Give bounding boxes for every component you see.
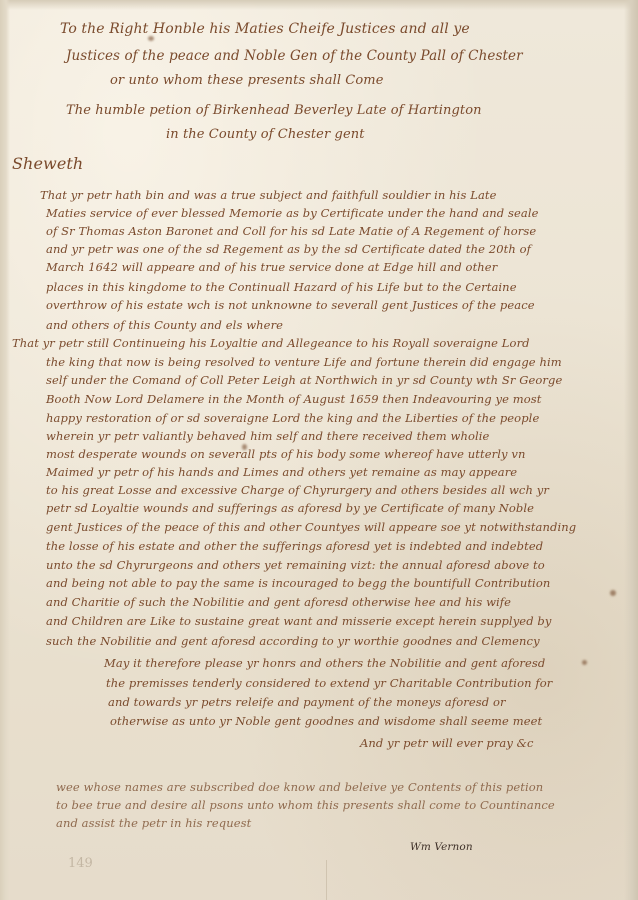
body-line: and yr petr was one of the sd Regement a… xyxy=(46,244,531,256)
manuscript-page: To the Right Honble his Maties Cheife Ju… xyxy=(0,0,638,900)
sheweth-heading: Sheweth xyxy=(12,156,83,172)
paper-binding-edge xyxy=(0,0,10,900)
body-line: Booth Now Lord Delamere in the Month of … xyxy=(46,394,542,406)
attestation-line: to bee true and desire all psons unto wh… xyxy=(56,800,555,812)
prayer-line: the premisses tenderly considered to ext… xyxy=(106,678,552,690)
attestation-line: and assist the petr in his request xyxy=(56,818,251,830)
body-line: and others of this County and els where xyxy=(46,320,283,332)
body-line: overthrow of his estate wch is not unkno… xyxy=(46,300,535,312)
body-line: happy restoration of or sd soveraigne Lo… xyxy=(46,413,539,425)
folio-number: 149 xyxy=(68,856,93,871)
ink-blot xyxy=(242,444,247,450)
petition-title-line: in the County of Chester gent xyxy=(166,128,365,141)
body-line: and Charitie of such the Nobilitie and g… xyxy=(46,597,511,609)
petition-title-line: The humble petion of Birkenhead Beverley… xyxy=(66,104,482,117)
closing-line: And yr petr will ever pray &c xyxy=(360,738,534,750)
paper-top-edge xyxy=(0,0,638,10)
address-line: To the Right Honble his Maties Cheife Ju… xyxy=(60,22,470,36)
prayer-line: May it therefore please yr honrs and oth… xyxy=(104,658,545,670)
prayer-line: and towards yr petrs releife and payment… xyxy=(108,697,506,709)
body-line: and Children are Like to sustaine great … xyxy=(46,616,551,628)
body-line: Maimed yr petr of his hands and Limes an… xyxy=(46,467,517,479)
body-line: the king that now is being resolved to v… xyxy=(46,357,562,369)
prayer-line: otherwise as unto yr Noble gent goodnes … xyxy=(110,716,542,728)
body-line: gent Justices of the peace of this and o… xyxy=(46,522,576,534)
body-line: wherein yr petr valiantly behaved him se… xyxy=(46,431,489,443)
body-line: self under the Comand of Coll Peter Leig… xyxy=(46,375,562,387)
attestation-line: wee whose names are subscribed doe know … xyxy=(56,782,543,794)
body-line: such the Nobilitie and gent aforesd acco… xyxy=(46,636,540,648)
paper-fold-line xyxy=(326,860,327,900)
body-line: of Sr Thomas Aston Baronet and Coll for … xyxy=(46,226,536,238)
body-line: That yr petr still Continueing his Loyal… xyxy=(12,338,530,350)
body-line: That yr petr hath bin and was a true sub… xyxy=(40,190,497,202)
ink-blot xyxy=(148,36,154,41)
body-line: the losse of his estate and other the su… xyxy=(46,541,543,553)
body-line: places in this kingdome to the Continual… xyxy=(46,282,517,294)
body-line: and being not able to pay the same is in… xyxy=(46,578,550,590)
body-line: most desperate wounds on severall pts of… xyxy=(46,449,525,461)
body-line: Maties service of ever blessed Memorie a… xyxy=(46,208,539,220)
body-line: March 1642 will appeare and of his true … xyxy=(46,262,497,274)
body-line: unto the sd Chyrurgeons and others yet r… xyxy=(46,560,545,572)
signature: Wm Vernon xyxy=(410,842,473,853)
body-line: petr sd Loyaltie wounds and sufferings a… xyxy=(46,503,534,515)
address-line: Justices of the peace and Noble Gen of t… xyxy=(66,50,523,64)
address-line: or unto whom these presents shall Come xyxy=(110,74,384,87)
paper-right-edge xyxy=(624,0,638,900)
ink-blot xyxy=(610,590,616,596)
ink-blot xyxy=(582,660,587,665)
body-line: to his great Losse and excessive Charge … xyxy=(46,485,549,497)
